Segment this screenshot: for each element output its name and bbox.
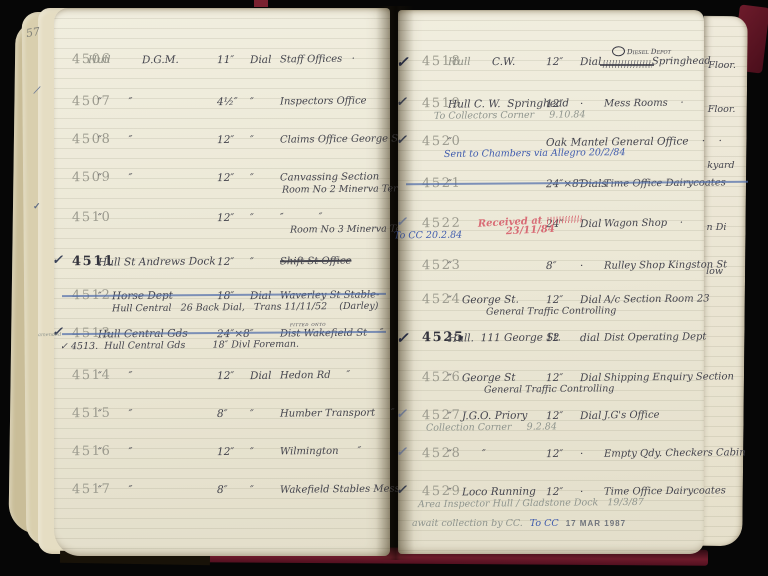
- line2: Room No 3 Minerva Ter: [290, 223, 406, 235]
- loc: Wagon Shop ·: [604, 218, 683, 230]
- ledger-row-4516: 4516″ ″12″″Wilmington ″: [54, 446, 390, 462]
- ledger-row-4514: 4514″ ″12″DialHedon Rd ″: [54, 370, 390, 386]
- stamp-scribble: [546, 215, 582, 224]
- size: 12″: [217, 172, 234, 184]
- size: 12″: [546, 56, 563, 68]
- size: 8″: [217, 484, 228, 496]
- line3-stamp: 17 MAR 1987: [566, 519, 626, 528]
- line2-pencil: Area Inspector Hull / Gladstone Dock 19/…: [418, 497, 644, 510]
- dial: ″: [250, 134, 254, 146]
- ledger-row-4522: ✓To CC 20.2.84452224″DialWagon Shop ·Rec…: [398, 218, 704, 234]
- loc: A/c Section Room 23: [604, 293, 710, 305]
- name: ″ ″: [98, 370, 133, 382]
- book-cover-maroon-speck: [254, 0, 268, 7]
- name: ″: [448, 260, 452, 272]
- ledger-row-4515: 4515″ ″8″″Humber Transport ″: [54, 408, 390, 424]
- edge-text-fragment: Floor.: [708, 60, 736, 71]
- loc: Empty Qdy. Checkers Cabin: [604, 447, 746, 459]
- loc: Inspectors Office: [280, 96, 367, 108]
- loc: Hedon Rd ″: [280, 370, 350, 382]
- ledger-row-4510: 4510″12″″″ ″Room No 3 Minerva Ter: [54, 212, 390, 228]
- ledger-row-4511: ✓4511Hull St Andrews Dock12″″Shift St Of…: [54, 256, 390, 272]
- check: ✓: [396, 483, 407, 498]
- loc: Time Office Dairycoates: [604, 485, 726, 497]
- dial: ·: [580, 486, 583, 498]
- ledger-row-4524: 4524″ George St.12″DialA/c Section Room …: [398, 294, 704, 310]
- annotation-line3: await collection by CC.To CC17 MAR 1987: [412, 511, 633, 530]
- size: 12″: [546, 410, 563, 422]
- ledger-row-4509: 4509″ ″12″″Canvassing SectionRoom No 2 M…: [54, 172, 390, 188]
- dial: ″: [250, 96, 254, 108]
- dial: Dial: [580, 372, 602, 384]
- loc: Claims Office George St.: [280, 133, 405, 145]
- ledger-row-4508: 4508″ ″12″″Claims Office George St.: [54, 134, 390, 150]
- dial: Dial: [580, 294, 602, 306]
- check: ✓: [396, 133, 407, 148]
- loc: Rulley Shop Kingston St: [604, 259, 727, 271]
- name: ″ ″: [98, 172, 133, 184]
- loc: Canvassing Section: [280, 171, 379, 183]
- name: ″ George St.: [448, 294, 519, 307]
- check: ✓: [396, 215, 407, 230]
- ledger-row-4521: 4521″24″×8″DialsTime Office Dairycoates: [398, 178, 704, 194]
- name: Hull. 111 George St.: [448, 331, 561, 344]
- line2-pencil: Collection Corner 9.2.84: [426, 421, 557, 433]
- size: 12″: [217, 370, 234, 382]
- dial: dial: [580, 332, 600, 344]
- dial: Dial: [250, 54, 272, 66]
- num: 4523: [422, 258, 462, 273]
- dial: ″: [250, 484, 254, 496]
- loc: Staff Offices ·: [280, 54, 355, 66]
- size: 4½″: [217, 96, 238, 108]
- ledger-left-page: 4506HullD.G.M.11″DialStaff Offices ·4507…: [54, 8, 390, 556]
- size: 8″: [217, 408, 228, 420]
- num: 4510: [72, 210, 112, 225]
- dial: Dial: [580, 410, 602, 422]
- name: ″: [98, 212, 102, 224]
- line2-pencil: To Collectors Corner 9.10.84: [434, 109, 586, 122]
- name-faint: Hull: [448, 56, 471, 68]
- check: ✓: [396, 329, 409, 347]
- ledger-row-4507: 4507″ ″4½″″Inspectors Office: [54, 96, 390, 112]
- name: D.G.M.: [142, 54, 179, 66]
- name-faint: Hull: [88, 54, 111, 66]
- line3-pencil: await collection by CC.: [412, 518, 523, 529]
- size: 12: [546, 332, 560, 344]
- dial: Dial: [580, 218, 602, 230]
- check: ✓: [396, 95, 407, 110]
- dial: ″: [250, 212, 254, 224]
- name: ″ Loco Running: [448, 486, 536, 499]
- received-stamp: Received at 23/11/84: [478, 214, 583, 237]
- name: ″ ″: [448, 448, 486, 460]
- loc: Dist Operating Dept: [604, 331, 707, 343]
- line2: General Traffic Controlling: [486, 305, 616, 317]
- dial: ″: [250, 408, 254, 420]
- loc: Shipping Enquiry Section: [604, 371, 734, 383]
- dial: Dial: [580, 56, 602, 68]
- ledger-row-4528: ✓4528″ ″12″·Empty Qdy. Checkers Cabin: [398, 448, 704, 464]
- dial: Dial: [250, 290, 272, 302]
- name: ″ J.G.O. Priory: [448, 410, 528, 423]
- size: 12″: [546, 294, 563, 306]
- ledger-row-4529: ✓4529″ Loco Running12″·Time Office Dairy…: [398, 486, 704, 502]
- line2: Room No 2 Minerva Ter: [282, 183, 398, 195]
- loc: ″ ″: [280, 212, 323, 223]
- loc: Mess Rooms ·: [604, 98, 684, 110]
- loc: J.G's Office: [604, 410, 660, 422]
- adjacent-page-edge: Floor.Floor.kyardn Dilow: [698, 16, 748, 546]
- ledger-row-4512: 4512″ Horse Dept18″DialWaverley St Stabl…: [54, 290, 390, 306]
- name: Hull St Andrews Dock: [98, 255, 216, 268]
- line2: ✓ 4513. Hull Central Gds 18″ Divl Forema…: [60, 339, 299, 353]
- previous-page-number: 57: [25, 25, 41, 40]
- loc: Springhead: [652, 56, 711, 68]
- margin: amended: [38, 332, 61, 338]
- size: 12″: [217, 134, 234, 146]
- loc: Humber Transport ″: [280, 407, 395, 419]
- ledger-row-4519: ✓4519Hull C. W. Springhead12″·Mess Rooms…: [398, 98, 704, 114]
- ledger-row-4518: ✓4518HullC.W.12″DialDiesel DepotSpringhe…: [398, 56, 704, 72]
- dial: ·: [580, 448, 583, 460]
- check: ✓: [396, 53, 409, 71]
- ledger-row-4506: 4506HullD.G.M.11″DialStaff Offices ·: [54, 54, 390, 70]
- num: 4522: [422, 216, 462, 231]
- name: C.W.: [492, 56, 515, 68]
- note-left: To CC 20.2.84: [394, 230, 462, 242]
- loc: Wilmington ″: [280, 446, 361, 458]
- ledger-right-page: ✓4518HullC.W.12″DialDiesel DepotSpringhe…: [398, 10, 704, 554]
- line2-blue: Sent to Chambers via Allegro 20/2/84: [444, 147, 626, 160]
- loc: Shift St Office: [280, 256, 352, 268]
- check: ✓: [396, 407, 407, 422]
- size: 12″: [546, 448, 563, 460]
- line2: Hull Central 26 Back Dial, Trans 11/11/5…: [112, 301, 379, 315]
- name: ″ ″: [98, 96, 133, 108]
- ledger-book-photo: 57 ⁄ ✓ Floor.Floor.kyardn Dilow 4506Hull…: [0, 0, 768, 576]
- edge-text-fragment: Floor.: [708, 104, 736, 115]
- size: 12″: [217, 256, 234, 268]
- dial: ″: [250, 256, 254, 268]
- stray-check-mark: ✓: [33, 202, 41, 212]
- name: ″ George St: [448, 372, 516, 385]
- over: fitted onto: [290, 321, 326, 328]
- name: ″: [448, 136, 452, 148]
- ledger-row-4526: 4526″ George St12″DialShipping Enquiry S…: [398, 372, 704, 388]
- size: 12″: [546, 372, 563, 384]
- name: ″ ″: [98, 446, 133, 458]
- name: ″ ″: [98, 484, 133, 496]
- edge-text-fragment: kyard: [707, 160, 734, 171]
- name: ″ ″: [98, 134, 133, 146]
- dial: ·: [580, 260, 583, 272]
- line2: General Traffic Controlling: [484, 383, 614, 395]
- dial: ″: [250, 446, 254, 458]
- dial: ·: [580, 98, 583, 110]
- ledger-row-4517: 4517″ ″8″″Wakefield Stables Mess Room: [54, 484, 390, 500]
- name: ″ ″: [98, 408, 133, 420]
- size: 12″: [546, 486, 563, 498]
- check: ✓: [52, 253, 63, 268]
- check: ✓: [396, 445, 407, 460]
- size: 11″: [217, 54, 234, 66]
- size: 12″: [217, 212, 234, 224]
- edge-text-fragment: n Di: [707, 222, 727, 233]
- ledger-row-4513: ✓4513amendedHull Central Gds24″×8″fitted…: [54, 328, 390, 344]
- loc-above: Diesel Depot: [612, 46, 671, 57]
- dial: Dial: [250, 370, 272, 382]
- line3-blue: To CC: [530, 518, 559, 529]
- size: 12″: [217, 446, 234, 458]
- struck-illegible-text: [602, 60, 652, 68]
- dial: ″: [250, 172, 254, 184]
- ledger-row-4520: ✓4520″Oak Mantel General Office · ·Sent …: [398, 136, 704, 152]
- ledger-row-4525: ✓4525Hull. 111 George St.12dialDist Oper…: [398, 332, 704, 348]
- num: 4520: [422, 134, 462, 149]
- size: 12″: [546, 98, 563, 110]
- dial: Dials: [580, 178, 607, 190]
- ledger-row-4523: 4523″8″·Rulley Shop Kingston St: [398, 260, 704, 276]
- size: 8″: [546, 260, 557, 272]
- ledger-row-4527: ✓4527″ J.G.O. Priory12″DialJ.G's OfficeC…: [398, 410, 704, 426]
